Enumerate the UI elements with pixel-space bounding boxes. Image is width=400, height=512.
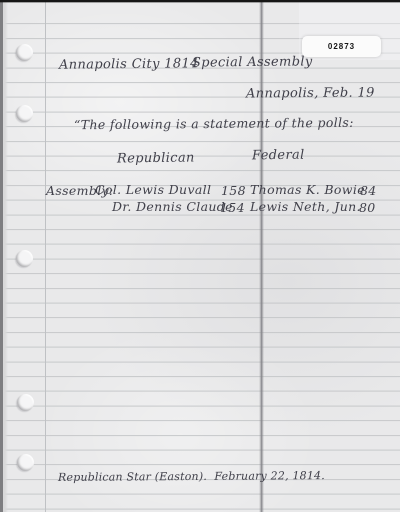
dateline: Annapolis, Feb. 19 [246, 87, 375, 101]
federal-vote-count: 84 [360, 185, 377, 198]
margin-line [45, 0, 46, 512]
title-city-year: Annapolis City 1814 [59, 57, 199, 71]
federal-candidate-name: Thomas K. Bowie [250, 184, 365, 197]
column-header-republican: Republican [117, 151, 195, 165]
fold-crease [259, 0, 264, 512]
republican-vote-count: 158 [221, 185, 246, 198]
scan-edge-left [0, 0, 8, 512]
federal-candidate-name: Lewis Neth, Jun. [250, 201, 361, 214]
title-assembly: Special Assembly [192, 55, 313, 69]
hole-punch [17, 394, 34, 411]
hole-punch [17, 454, 34, 471]
source-citation: Republican Star (Easton). February 22, 1… [58, 470, 325, 483]
scanned-document-page: 02873 Annapolis City 1814 Special Assemb… [0, 0, 400, 512]
column-header-federal: Federal [252, 149, 305, 163]
catalog-label: 02873 [302, 36, 381, 57]
ruled-paper [0, 0, 400, 512]
hole-punch [16, 250, 33, 267]
statement-line: “The following is a statement of the pol… [74, 117, 354, 132]
federal-vote-count: 80 [359, 202, 376, 215]
republican-candidate-name: Col. Lewis Duvall [95, 184, 211, 197]
hole-punch [16, 44, 33, 61]
republican-candidate-name: Dr. Dennis Claude [112, 201, 233, 214]
hole-punch [16, 105, 33, 122]
scan-edge-top [0, 0, 400, 3]
republican-vote-count: 154 [220, 202, 245, 215]
